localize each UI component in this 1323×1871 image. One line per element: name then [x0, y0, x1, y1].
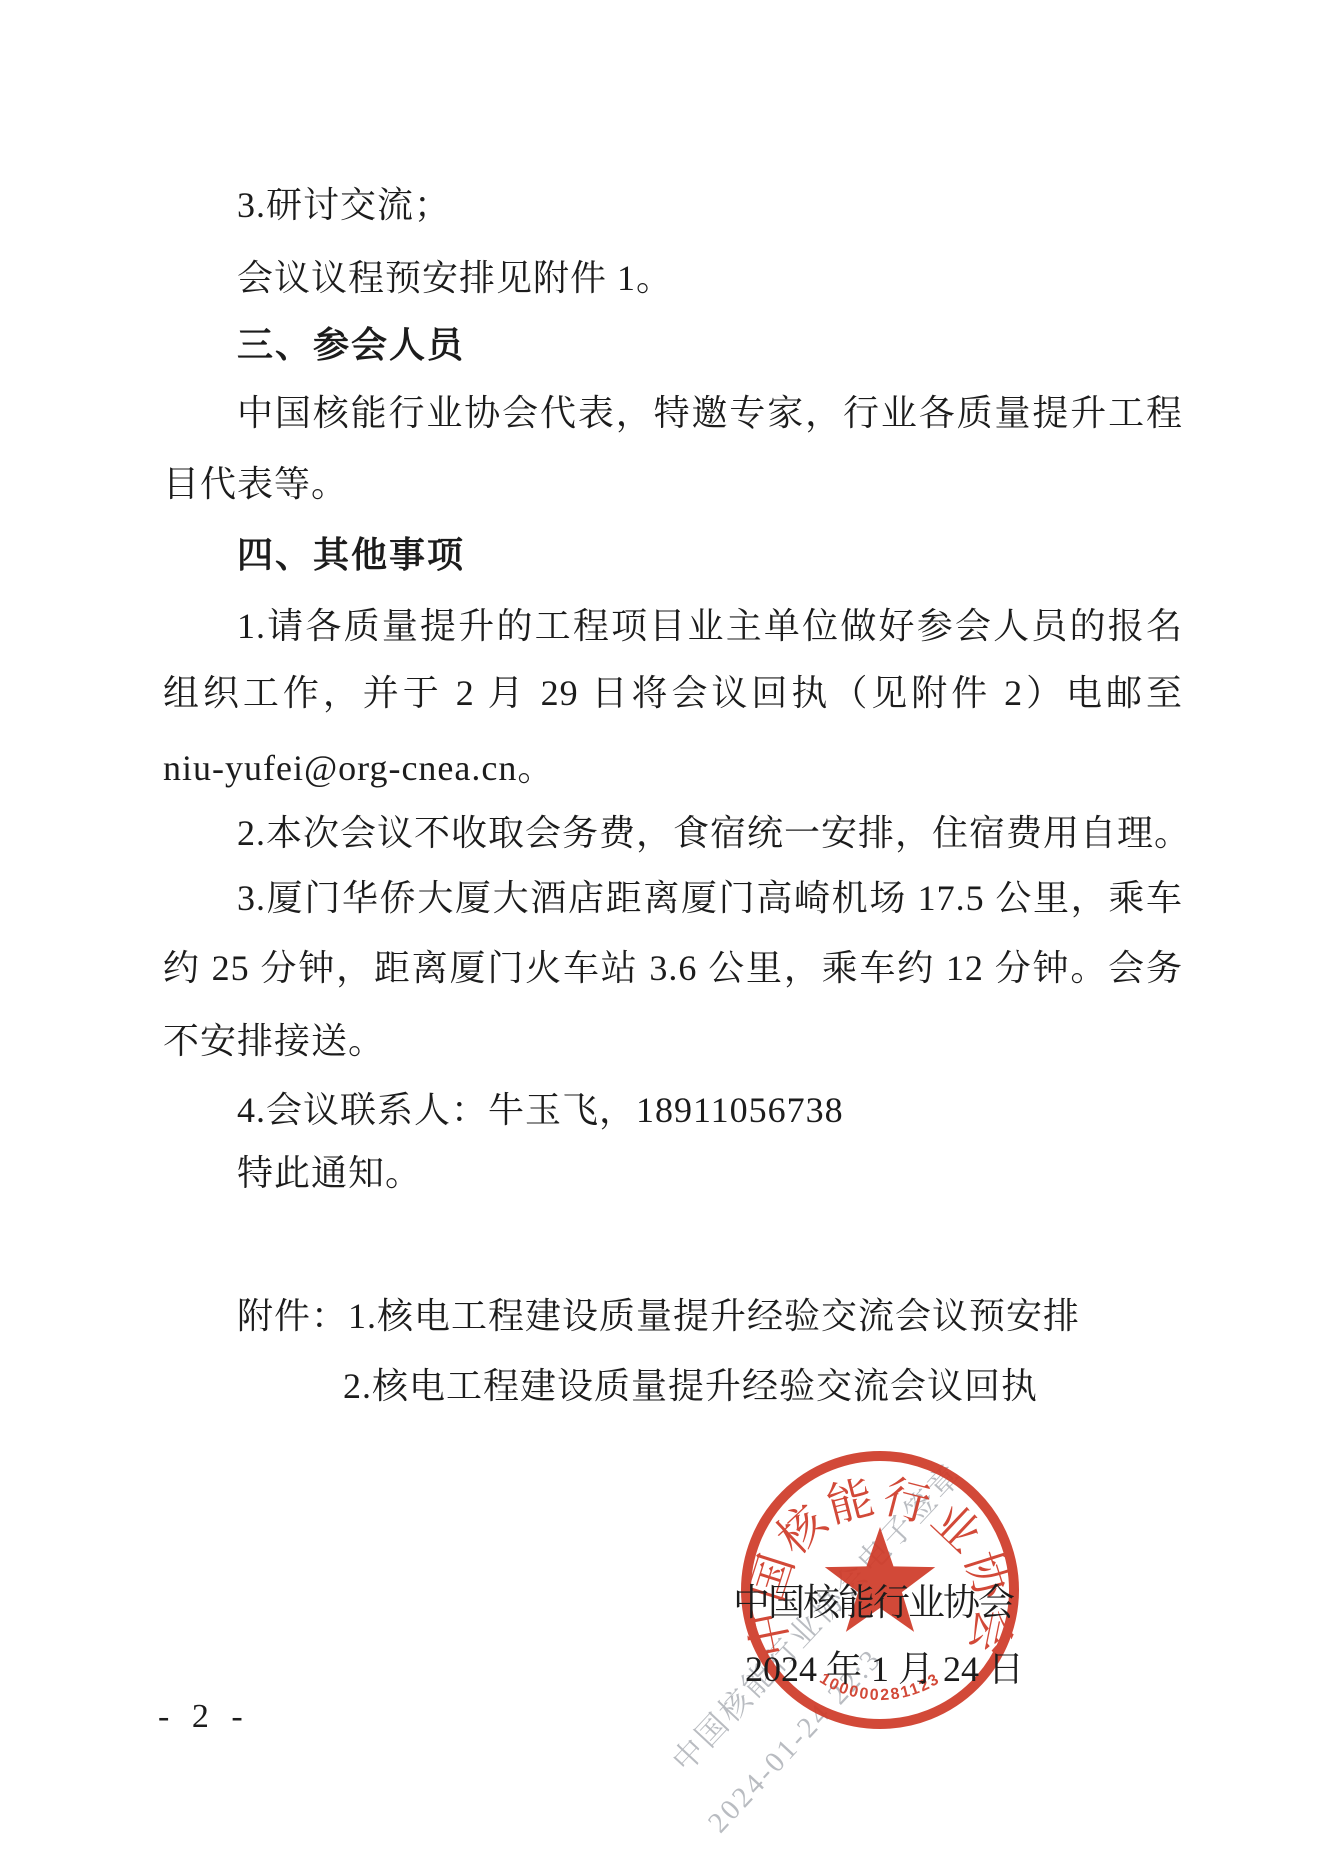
notice-item-2: 2.本次会议不收取会务费，食宿统一安排，住宿费用自理。 — [163, 810, 1183, 856]
signature-date: 2024 年 1 月 24 日 — [745, 1641, 1024, 1692]
closing-line: 特此通知。 — [163, 1150, 1183, 1196]
attachment-line-2: 2.核电工程建设质量提升经验交流会议回执 — [163, 1363, 1183, 1409]
notice-item-1-line-2: 组织工作，并于 2 月 29 日将会议回执（见附件 2）电邮至 — [163, 670, 1183, 716]
participants-line-2: 目代表等。 — [163, 461, 1183, 507]
notice-item-3-line-3: 不安排接送。 — [163, 1018, 1183, 1064]
notice-item-4-contact: 4.会议联系人：牛玉飞，18911056738 — [163, 1087, 1183, 1133]
agenda-note: 会议议程预安排见附件 1。 — [163, 255, 1183, 301]
notice-item-1-email: niu-yufei@org-cnea.cn。 — [163, 745, 1183, 791]
document-page: 中国核能行业协会电子签章 2024-01-24 22:3 中国核能行业协会 10… — [0, 0, 1323, 1871]
notice-item-3-line-1: 3.厦门华侨大厦大酒店距离厦门高崎机场 17.5 公里，乘车 — [163, 875, 1183, 921]
participants-line-1: 中国核能行业协会代表，特邀专家，行业各质量提升工程项 — [163, 390, 1183, 436]
signature-organization: 中国核能行业协会 — [733, 1572, 1013, 1626]
heading-other-matters: 四、其他事项 — [163, 532, 1183, 578]
attachment-line-1: 附件：1.核电工程建设质量提升经验交流会议预安排 — [163, 1293, 1183, 1339]
heading-participants: 三、参会人员 — [163, 322, 1183, 368]
page-number: - 2 - — [158, 1698, 250, 1736]
agenda-item-3: 3.研讨交流； — [163, 182, 1183, 228]
notice-item-3-line-2: 约 25 分钟，距离厦门火车站 3.6 公里，乘车约 12 分钟。会务组 — [163, 945, 1183, 991]
notice-item-1-line-1: 1.请各质量提升的工程项目业主单位做好参会人员的报名 — [163, 603, 1183, 649]
